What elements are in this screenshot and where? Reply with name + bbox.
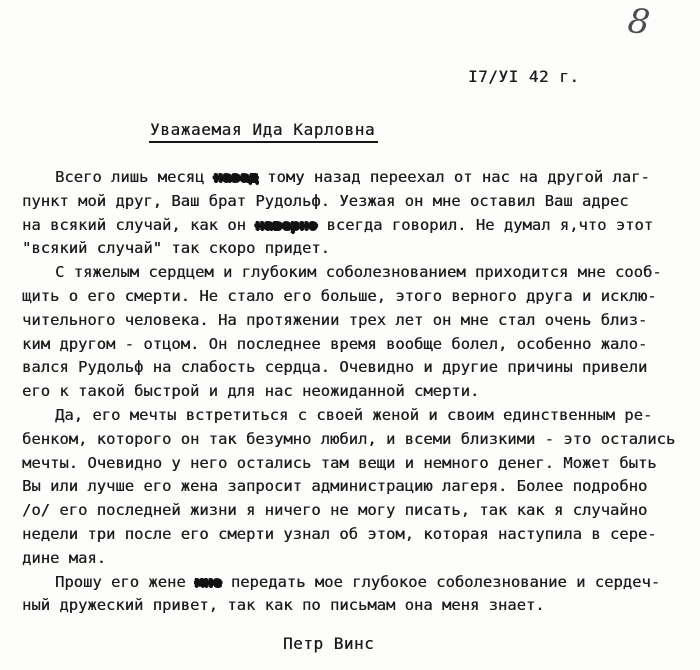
letter-line: дине мая. <box>22 547 694 571</box>
line-text: дине мая. <box>22 549 106 567</box>
line-text: /о/ его последней жизни я ничего не могу… <box>22 501 647 519</box>
line-text: "всякий случай" так скоро придет. <box>22 239 330 257</box>
line-text: вался Рудольф на слабость сердца. Очевид… <box>22 358 647 376</box>
line-text: Вы или лучше его жена запросит администр… <box>22 477 647 495</box>
letter-line: ким другом - отцом. Он последнее время в… <box>22 333 694 357</box>
letter-line: Вы или лучше его жена запросит администр… <box>22 475 694 499</box>
struck-out-word: мне <box>195 573 222 591</box>
letter-line: вался Рудольф на слабость сердца. Очевид… <box>22 356 694 380</box>
letter-line: его к такой быстрой и для нас неожиданно… <box>22 380 694 404</box>
line-text: С тяжелым сердцем и глубоким соболезнова… <box>55 263 662 281</box>
line-text: передать мое глубокое соболезнование и с… <box>221 573 660 591</box>
line-text: щить о его смерти. Не стало его больше, … <box>22 287 657 305</box>
line-text: всегда говорил. Не думал я,что этот <box>317 216 653 234</box>
line-text: недели три после его смерти узнал об это… <box>22 525 657 543</box>
letter-signature: Петр Винс <box>283 634 374 653</box>
line-text: ким другом - отцом. Он последнее время в… <box>22 335 647 353</box>
line-text: тому назад переехал от нас на другой лаг… <box>258 168 650 186</box>
letter-line: пункт мой друг, Ваш брат Рудольф. Уезжая… <box>22 190 694 214</box>
scanned-letter-page: 8 I7/УI 42 г. Уважаемая Ида Карловна Все… <box>0 0 700 670</box>
letter-line: Прошу его жене мне передать мое глубокое… <box>22 571 694 595</box>
struck-out-word: назад <box>214 168 258 186</box>
letter-line: бенком, которого он так безумно любил, и… <box>22 428 694 452</box>
letter-body: Всего лишь месяц назад тому назад переех… <box>22 166 694 618</box>
letter-line: на всякий случай, как он наверно всегда … <box>22 214 694 238</box>
line-text: Прошу его жене <box>55 573 195 591</box>
letter-salutation: Уважаемая Ида Карловна <box>149 120 378 143</box>
line-text: чительного человека. На протяжении трех … <box>22 311 647 329</box>
letter-line: /о/ его последней жизни я ничего не могу… <box>22 499 694 523</box>
letter-line: недели три после его смерти узнал об это… <box>22 523 694 547</box>
line-text: Да, его мечты встретиться с своей женой … <box>55 406 652 424</box>
line-text: пункт мой друг, Ваш брат Рудольф. Уезжая… <box>22 192 629 210</box>
letter-line: чительного человека. На протяжении трех … <box>22 309 694 333</box>
letter-date: I7/УI 42 г. <box>468 67 579 86</box>
letter-line: "всякий случай" так скоро придет. <box>22 237 694 261</box>
line-text: мечты. Очевидно у него остались там вещи… <box>22 454 657 472</box>
line-text: Всего лишь месяц <box>55 168 214 186</box>
letter-line: Всего лишь месяц назад тому назад переех… <box>22 166 694 190</box>
line-text: бенком, которого он так безумно любил, и… <box>22 430 675 448</box>
line-text: ный дружеский привет, так как по письмам… <box>22 596 545 614</box>
struck-out-word: наверно <box>255 216 317 234</box>
letter-line: ный дружеский привет, так как по письмам… <box>22 594 694 618</box>
line-text: его к такой быстрой и для нас неожиданно… <box>22 382 479 400</box>
line-text: на всякий случай, как он <box>22 216 255 234</box>
letter-line: Да, его мечты встретиться с своей женой … <box>22 404 694 428</box>
handwritten-page-number: 8 <box>626 1 652 43</box>
letter-line: мечты. Очевидно у него остались там вещи… <box>22 452 694 476</box>
letter-line: С тяжелым сердцем и глубоким соболезнова… <box>22 261 694 285</box>
letter-line: щить о его смерти. Не стало его больше, … <box>22 285 694 309</box>
